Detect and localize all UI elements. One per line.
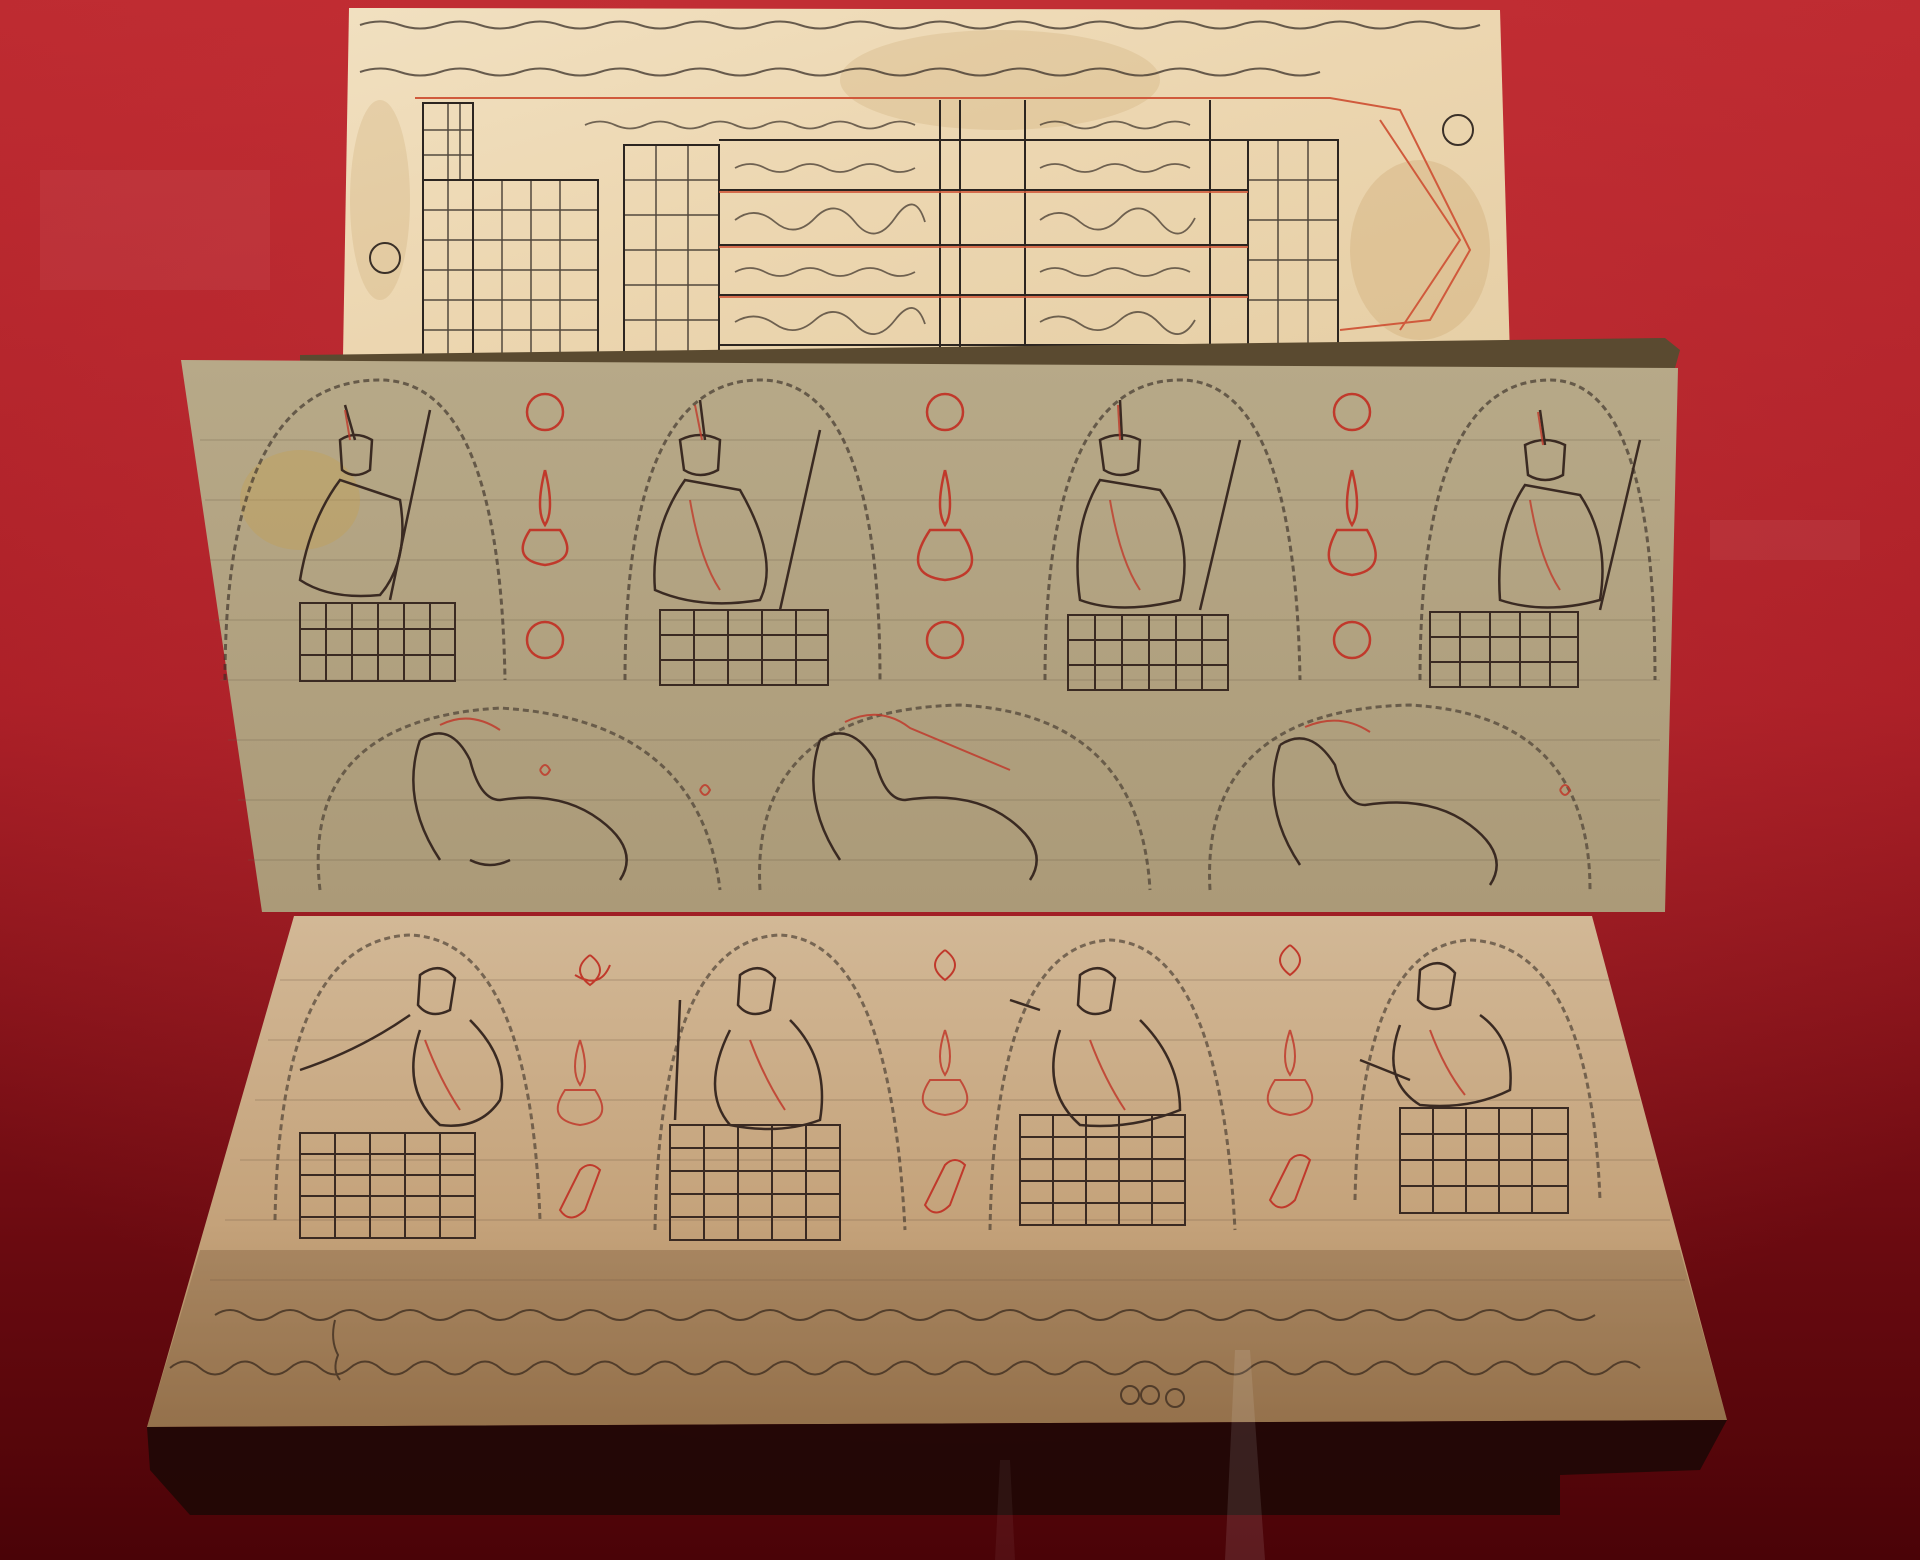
top-page-astrological-table (343, 8, 1510, 358)
bottom-page-figures (147, 916, 1727, 1427)
manuscript-photo (0, 0, 1920, 1560)
display-stand-shadow (147, 1420, 1727, 1515)
museum-display-photo (0, 0, 1920, 1560)
middle-panel-deities-and-creatures (181, 360, 1678, 912)
